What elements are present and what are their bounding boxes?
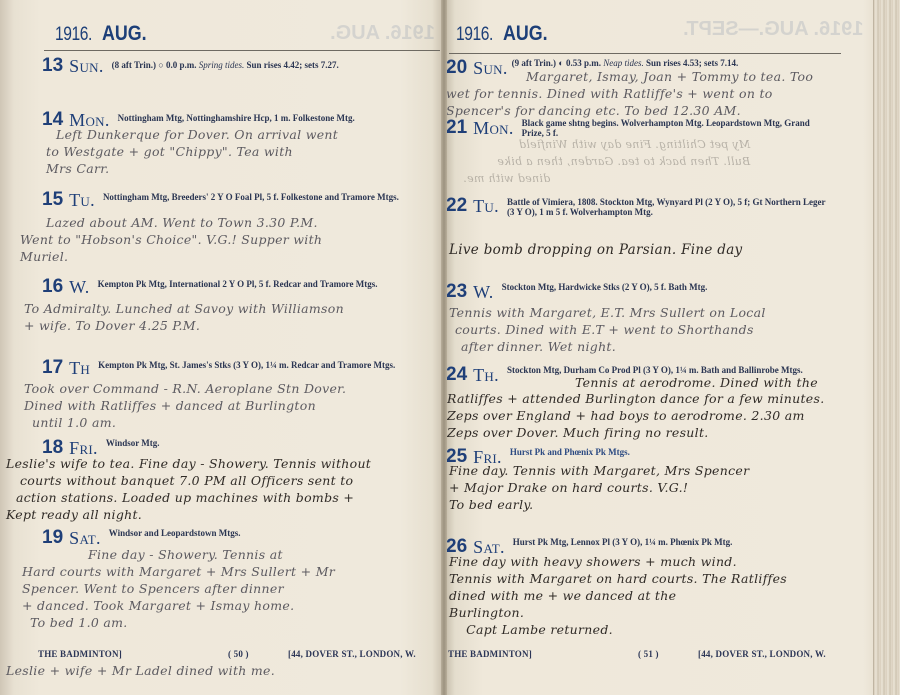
handwritten-entry-20: Margaret, Ismay, Joan + Tommy to tea. To… bbox=[446, 68, 813, 119]
day-number: 13 bbox=[42, 56, 63, 76]
header-month: AUG. bbox=[102, 22, 147, 46]
bleed-through-text: 1916. AUG.—SEPT. bbox=[683, 18, 863, 41]
mirrored-ink-bleed: My pet Chilting. Fine day with Winfield … bbox=[463, 136, 750, 187]
handwritten-entry-19: Fine day - Showery. Tennis at Hard court… bbox=[22, 546, 335, 631]
day-number: 16 bbox=[42, 277, 63, 297]
day-number: 21 bbox=[446, 118, 467, 138]
day-name: Th bbox=[69, 358, 90, 378]
day-number: 17 bbox=[42, 358, 63, 378]
header-year: 1916. bbox=[55, 24, 92, 46]
day-name: W. bbox=[473, 282, 493, 302]
day-name: Mon. bbox=[473, 118, 513, 138]
day-almanac: Nottingham Mtg, Breeders' 2 Y O Foal Pl,… bbox=[103, 192, 399, 202]
day-name: W. bbox=[69, 277, 89, 297]
handwritten-entry-18: Leslie's wife to tea. Fine day - Showery… bbox=[6, 455, 371, 523]
header-year: 1916. bbox=[456, 24, 493, 46]
handwritten-entry-26: Fine day with heavy showers + much wind.… bbox=[449, 553, 787, 638]
day-almanac: Windsor Mtg. bbox=[106, 438, 160, 448]
day-almanac: Kempton Pk Mtg, St. James's Stks (3 Y O)… bbox=[98, 360, 395, 370]
bleed-through-text: 1916. AUG. bbox=[330, 22, 435, 45]
header-rule bbox=[44, 50, 440, 51]
day-entry-15: 15 Tu. Nottingham Mtg, Breeders' 2 Y O F… bbox=[42, 190, 442, 210]
page-header: 1916. AUG. bbox=[55, 22, 155, 46]
header-month: AUG. bbox=[503, 22, 548, 46]
day-number: 23 bbox=[446, 282, 467, 302]
day-almanac: (9 aft Trin.) ◐ 0.53 p.m. Neap tides. Su… bbox=[512, 58, 739, 68]
handwritten-entry-17: Took over Command - R.N. Aeroplane Stn D… bbox=[24, 380, 346, 431]
day-almanac: Hurst Pk Mtg, Lennox Pl (3 Y O), 1¼ m. P… bbox=[513, 537, 733, 547]
day-almanac: Kempton Pk Mtg, International 2 Y O Pl, … bbox=[98, 279, 378, 289]
footer-address: [44, DOVER ST., LONDON, W. bbox=[288, 649, 416, 695]
diary-spread: 1916. AUG. 1916. AUG. 13 Sun. (8 aft Tri… bbox=[0, 0, 900, 695]
handwritten-entry-22: Live bomb dropping on Parsian. Fine day bbox=[449, 242, 743, 259]
handwritten-entry-25: Fine day. Tennis with Margaret, Mrs Spen… bbox=[449, 462, 749, 513]
day-entry-19: 19 Sat. Windsor and Leopardstown Mtgs. bbox=[42, 528, 442, 548]
day-number: 24 bbox=[446, 365, 467, 385]
day-entry-16: 16 W. Kempton Pk Mtg, International 2 Y … bbox=[42, 277, 442, 297]
day-almanac: Windsor and Leopardstown Mtgs. bbox=[109, 528, 241, 538]
right-page: 1916. AUG.—SEPT. 1916. AUG. 20 Sun. (9 a… bbox=[443, 0, 900, 695]
footer-publisher: THE BADMINTON] bbox=[448, 649, 532, 695]
day-entry-22: 22 Tu. Battle of Vimiera, 1808. Stockton… bbox=[446, 196, 866, 217]
day-entry-13: 13 Sun. (8 aft Trin.) ○ 0.0 p.m. Spring … bbox=[42, 56, 442, 76]
day-entry-23: 23 W. Stockton Mtg, Hardwicke Stks (2 Y … bbox=[446, 282, 866, 302]
handwritten-entry-15: Lazed about AM. Went to Town 3.30 P.M. W… bbox=[20, 214, 322, 265]
day-almanac: Black game shtng begins. Wolverhampton M… bbox=[522, 118, 822, 138]
left-page: 1916. AUG. 1916. AUG. 13 Sun. (8 aft Tri… bbox=[0, 0, 443, 695]
handwritten-entry-14: Left Dunkerque for Dover. On arrival wen… bbox=[46, 126, 338, 177]
day-name: Sun. bbox=[69, 56, 104, 76]
footer-address: [44, DOVER ST., LONDON, W. bbox=[698, 649, 826, 695]
footer-page-number: ( 51 ) bbox=[638, 649, 659, 695]
day-entry-17: 17 Th Kempton Pk Mtg, St. James's Stks (… bbox=[42, 358, 442, 378]
handwritten-entry-24: Ratliffes + attended Burlington dance fo… bbox=[447, 390, 824, 441]
day-number: 22 bbox=[446, 196, 467, 216]
day-almanac: Nottingham Mtg, Nottinghamshire Hcp, 1 m… bbox=[118, 113, 355, 123]
handwritten-entry-16: To Admiralty. Lunched at Savoy with Will… bbox=[24, 300, 344, 334]
page-header: 1916. AUG. bbox=[456, 22, 556, 46]
day-almanac: Battle of Vimiera, 1808. Stockton Mtg, W… bbox=[507, 197, 827, 217]
handwritten-entry-19-footnote: Leslie + wife + Mr Ladel dined with me. bbox=[6, 662, 275, 679]
header-rule bbox=[449, 53, 841, 54]
day-name: Tu. bbox=[69, 190, 95, 210]
day-name: Tu. bbox=[473, 196, 499, 216]
page-stack-edges bbox=[873, 0, 900, 695]
day-entry-21: 21 Mon. Black game shtng begins. Wolverh… bbox=[446, 118, 866, 138]
handwritten-entry-24-first: Tennis at aerodrome. Dined with the bbox=[575, 374, 818, 391]
day-number: 19 bbox=[42, 528, 63, 548]
day-almanac: Hurst Pk and Phœnix Pk Mtgs. bbox=[510, 447, 630, 457]
day-name: Sat. bbox=[69, 528, 101, 548]
day-almanac: (8 aft Trin.) ○ 0.0 p.m. Spring tides. S… bbox=[112, 60, 339, 70]
day-number: 15 bbox=[42, 190, 63, 210]
day-name: Th. bbox=[473, 365, 499, 385]
handwritten-entry-23: Tennis with Margaret, E.T. Mrs Sullert o… bbox=[449, 304, 766, 355]
book-gutter bbox=[441, 0, 447, 695]
day-almanac: Stockton Mtg, Hardwicke Stks (2 Y O), 5 … bbox=[502, 282, 708, 292]
